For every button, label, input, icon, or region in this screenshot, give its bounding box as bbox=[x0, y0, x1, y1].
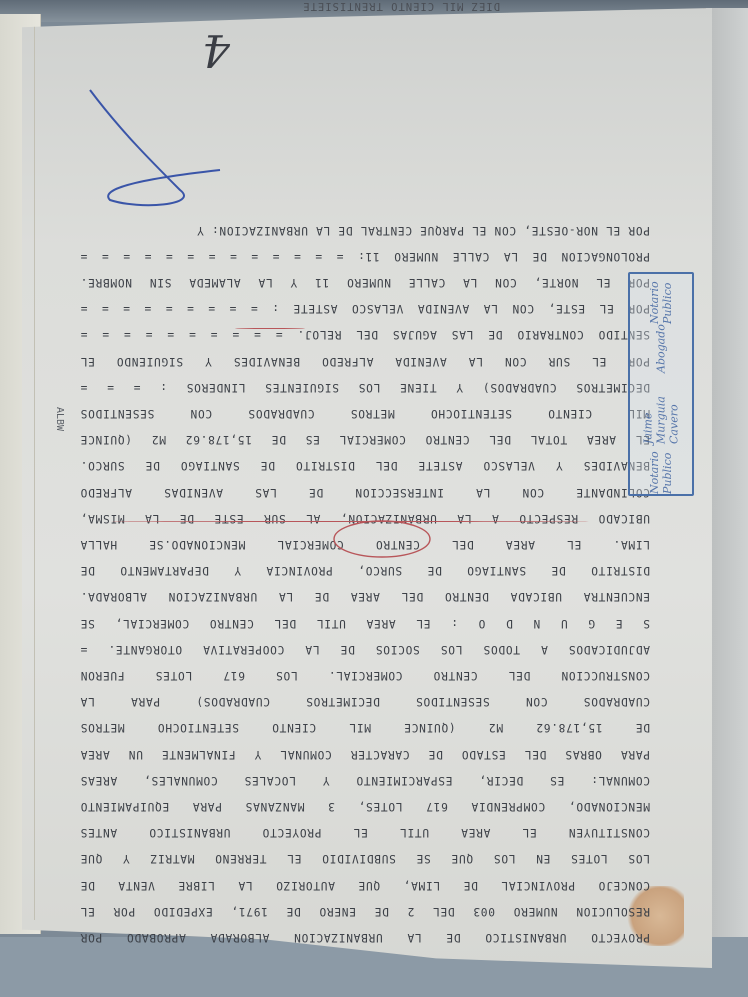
text-line: BENAVIDES Y VELASCO ASTETE DEL DISTRITO … bbox=[80, 452, 650, 478]
text-line: MENCIONADO, COMPRENDIA 617 LOTES, 3 MANZ… bbox=[80, 793, 650, 819]
text-line: POR EL NOR-OESTE, CON EL PARQUE CENTRAL … bbox=[80, 216, 650, 242]
text-line: ADJUDICADOS A TODOS LOS SOCIOS DE LA COO… bbox=[80, 636, 650, 662]
text-line: PARA OBRAS DEL ESTADO DE CARACTER COMUNA… bbox=[80, 740, 650, 766]
text-line: POR EL SUR CON LA AVENIDA ALFREDO BENAVI… bbox=[80, 347, 650, 373]
margin-note: ALBW bbox=[0, 407, 65, 433]
page-fold bbox=[34, 20, 35, 920]
text-line: DE 15,178.62 M2 (QUINCE MIL CIENTO SETEN… bbox=[80, 714, 650, 740]
text-line: COMUNAL: ES DECIR, ESPARCIMIENTO Y LOCAL… bbox=[80, 767, 650, 793]
blue-pen-scribble bbox=[80, 70, 240, 210]
text-line: PROLONGACION DE LA CALLE NUMERO 11: = = … bbox=[80, 243, 650, 269]
text-line: COLINDANTE CON LA INTERSECCION DE LAS AV… bbox=[80, 478, 650, 504]
text-line: CUADRADOS CON SESENTIDOS DECIMETROS CUAD… bbox=[80, 688, 650, 714]
text-line: MIL CIENTO SETENTIOCHO METROS CUADRADOS … bbox=[80, 400, 650, 426]
stamp-line: Abogado bbox=[655, 324, 668, 373]
text-line: DECIMETROS CUADRADOS) Y TIENE LOS SIGUIE… bbox=[80, 374, 650, 400]
page-footer: DIEZ MIL CIENTO TRENTISIETE bbox=[302, 0, 500, 12]
text-line: SENTIDO CONTRARIO DE LAS AGUJAS DEL RELO… bbox=[80, 321, 650, 347]
handwritten-page-number: 4 bbox=[202, 24, 230, 75]
text-line: POR EL ESTE, CON LA AVENIDA VELASCO ASTE… bbox=[80, 295, 650, 321]
text-line: POR EL NORTE, CON LA CALLE NUMERO 11 Y L… bbox=[80, 269, 650, 295]
notary-stamp: Notario Publico Jaime Murguia Cavero Abo… bbox=[628, 272, 694, 496]
text-line: CONCEJO PROVINCIAL DE LIMA, QUE AUTORIZO… bbox=[80, 871, 650, 897]
text-line: EL AREA TOTAL DEL CENTRO COMERCIAL ES DE… bbox=[80, 426, 650, 452]
stamp-line: Notario Publico bbox=[648, 274, 674, 324]
stamp-line: Jaime Murguia Cavero bbox=[642, 373, 681, 445]
red-circle-annotation bbox=[330, 515, 440, 565]
text-line: RESOLUCION NUMERO 003 DEL 2 DE ENERO DE … bbox=[80, 898, 650, 924]
text-line: PROYECTO URBANISTICO DE LA URBANIZACION … bbox=[80, 924, 650, 950]
text-line: S E G U N D O : EL AREA UTIL DEL CENTRO … bbox=[80, 609, 650, 635]
text-line: LOS LOTES EN LOS QUE SE SUBDIVIDIO EL TE… bbox=[80, 845, 650, 871]
text-line: CONSTITUYEN EL AREA UTIL EL PROYECTO URB… bbox=[80, 819, 650, 845]
text-line: CONSTRUCCION DEL CENTRO COMERCIAL. LOS 6… bbox=[80, 662, 650, 688]
red-underline-annotation bbox=[235, 328, 305, 329]
stamp-line: Notario Publico bbox=[648, 444, 674, 494]
text-line: ENCUENTRA UBICADA DENTRO DEL AREA DE LA … bbox=[80, 583, 650, 609]
